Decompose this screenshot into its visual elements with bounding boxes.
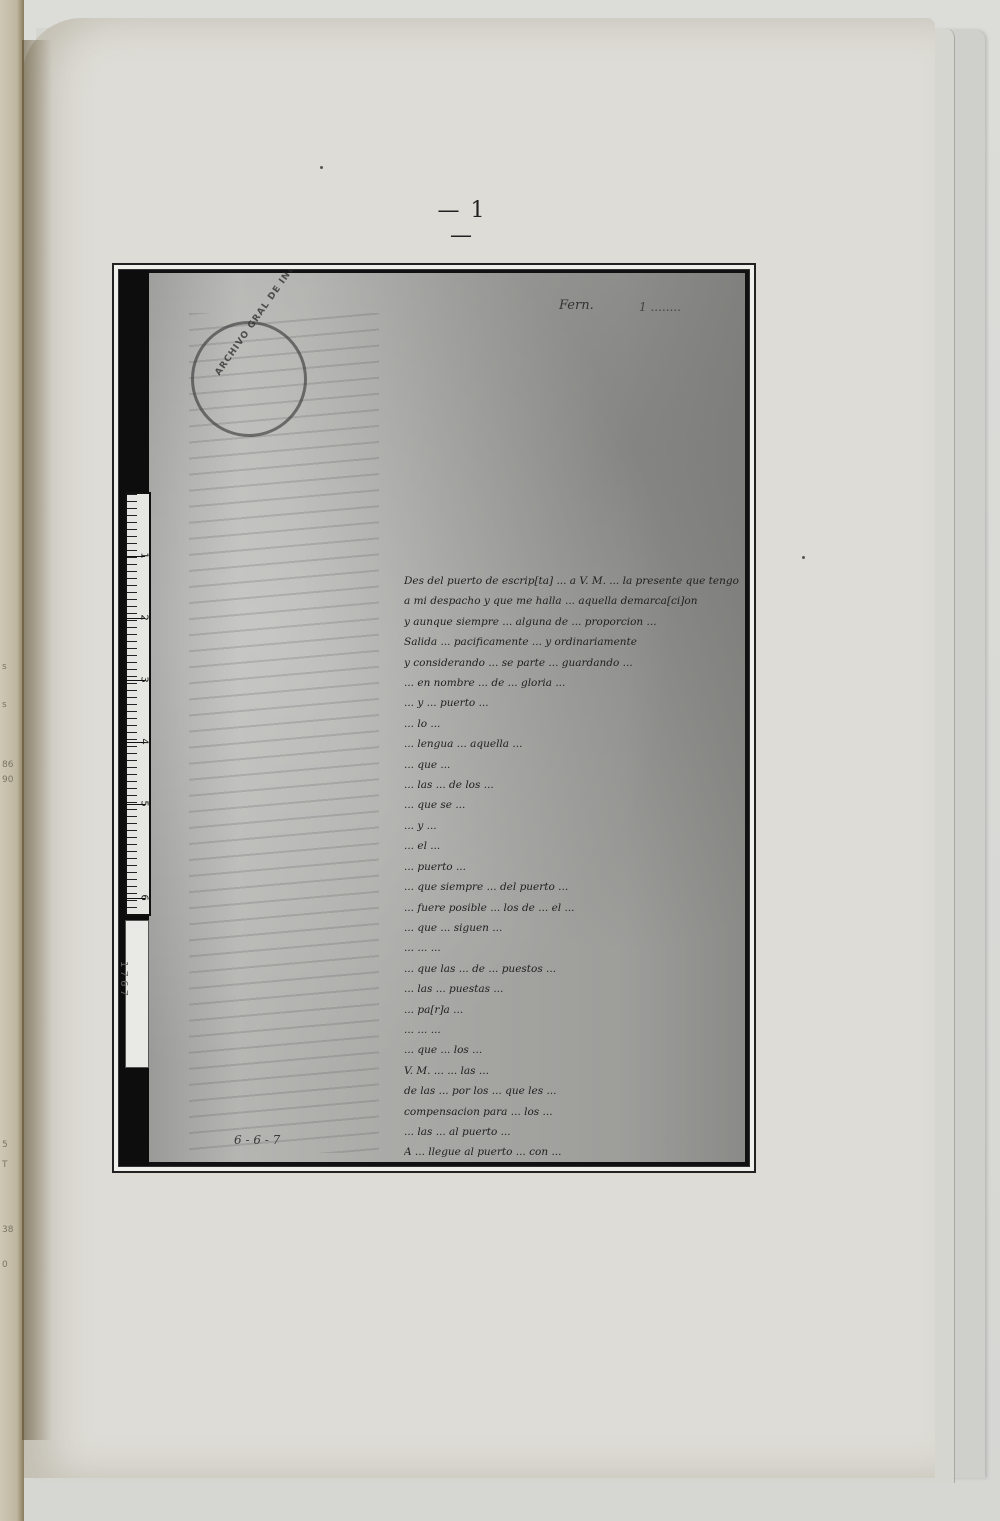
- ruler-mark: 3: [138, 676, 149, 682]
- corner-annotation-number: 1 ........: [639, 300, 681, 314]
- manuscript-line: V. M. ... ... las ...: [404, 1061, 744, 1081]
- margin-fragment: 90: [2, 775, 13, 785]
- ruler-mark: 6: [138, 894, 149, 900]
- ruler-mark: 5: [138, 800, 149, 806]
- ruler-mark: 1: [138, 552, 149, 558]
- manuscript-line: ... las ... puestas ...: [404, 979, 744, 999]
- manuscript-line: ... pa[r]a ...: [404, 1000, 744, 1020]
- margin-fragment: s: [2, 662, 7, 672]
- manuscript-line: ... y ...: [404, 816, 744, 836]
- binding-spine: s s 86 90 5 T 38 0: [0, 0, 24, 1521]
- margin-fragment: 5: [2, 1140, 8, 1150]
- manuscript-line: ... que ... siguen ...: [404, 918, 744, 938]
- manuscript-line: ... que se ...: [404, 795, 744, 815]
- document-page: — 1 — ARCHIVO GRAL DE INDIAS Fern. 1 ...…: [22, 18, 935, 1478]
- manuscript-line: ... el ...: [404, 836, 744, 856]
- manuscript-line: ... ... ...: [404, 1020, 744, 1040]
- manuscript-line: ... que las ... de ... puestos ...: [404, 959, 744, 979]
- margin-fragment: s: [2, 700, 7, 710]
- manuscript-line: y aunque siempre ... alguna de ... propo…: [404, 612, 744, 632]
- spine-shadow: [22, 40, 52, 1440]
- margin-fragment: T: [2, 1160, 8, 1170]
- ruler-mark: 4: [138, 738, 149, 744]
- manuscript-line: compensacion para ... los ...: [404, 1102, 744, 1122]
- margin-fragment: 0: [2, 1260, 8, 1270]
- manuscript-line: ... puerto ...: [404, 857, 744, 877]
- page-number: — 1 —: [422, 198, 502, 248]
- paper-speck: [320, 166, 323, 169]
- manuscript-line: ... y ... puerto ...: [404, 693, 744, 713]
- handwritten-text: Des del puerto de escrip[ta] ... a V. M.…: [404, 571, 744, 1167]
- catalog-label-text: 1 7 6 7: [118, 961, 129, 996]
- ruler-ticks: [127, 494, 137, 914]
- manuscript-plate: ARCHIVO GRAL DE INDIAS Fern. 1 ........ …: [112, 263, 756, 1173]
- plate-image: ARCHIVO GRAL DE INDIAS Fern. 1 ........ …: [118, 269, 750, 1167]
- manuscript-line: ... que ...: [404, 755, 744, 775]
- manuscript-line: y considerando ... se parte ... guardand…: [404, 653, 744, 673]
- manuscript-line: ... lengua ... aquella ...: [404, 734, 744, 754]
- margin-fragment: 86: [2, 760, 13, 770]
- manuscript-line: de las ... por los ... que les ...: [404, 1081, 744, 1101]
- manuscript-line: ... las ... al puerto ...: [404, 1122, 744, 1142]
- catalog-label-card: 1 7 6 7: [125, 920, 149, 1068]
- bleed-through-text: [189, 313, 379, 1153]
- manuscript-line: ... que siempre ... del puerto ...: [404, 877, 744, 897]
- manuscript-line: A ... llegue al puerto ... con ...: [404, 1142, 744, 1162]
- manuscript-line: ... en nombre ... de ... gloria ...: [404, 673, 744, 693]
- ruler-mark: 2: [138, 614, 149, 620]
- measuring-ruler: 1 2 3 4 5 6: [125, 492, 151, 916]
- manuscript-line: ... ... ...: [404, 938, 744, 958]
- manuscript-line: ... lo ...: [404, 714, 744, 734]
- manuscript-photo: ARCHIVO GRAL DE INDIAS Fern. 1 ........ …: [149, 273, 745, 1162]
- manuscript-line: ... las ... de los ...: [404, 775, 744, 795]
- manuscript-line: ... ... ...: [404, 1163, 744, 1167]
- manuscript-line: ... que ... los ...: [404, 1040, 744, 1060]
- manuscript-line: Salida ... pacificamente ... y ordinaria…: [404, 632, 744, 652]
- corner-annotation: Fern.: [559, 298, 594, 313]
- manuscript-line: ... fuere posible ... los de ... el ...: [404, 898, 744, 918]
- manuscript-line: a mi despacho y que me halla ... aquella…: [404, 591, 744, 611]
- manuscript-line: Des del puerto de escrip[ta] ... a V. M.…: [404, 571, 744, 591]
- bottom-annotation: 6 - 6 - 7: [234, 1133, 280, 1147]
- paper-speck: [802, 556, 805, 559]
- margin-fragment: 38: [2, 1225, 13, 1235]
